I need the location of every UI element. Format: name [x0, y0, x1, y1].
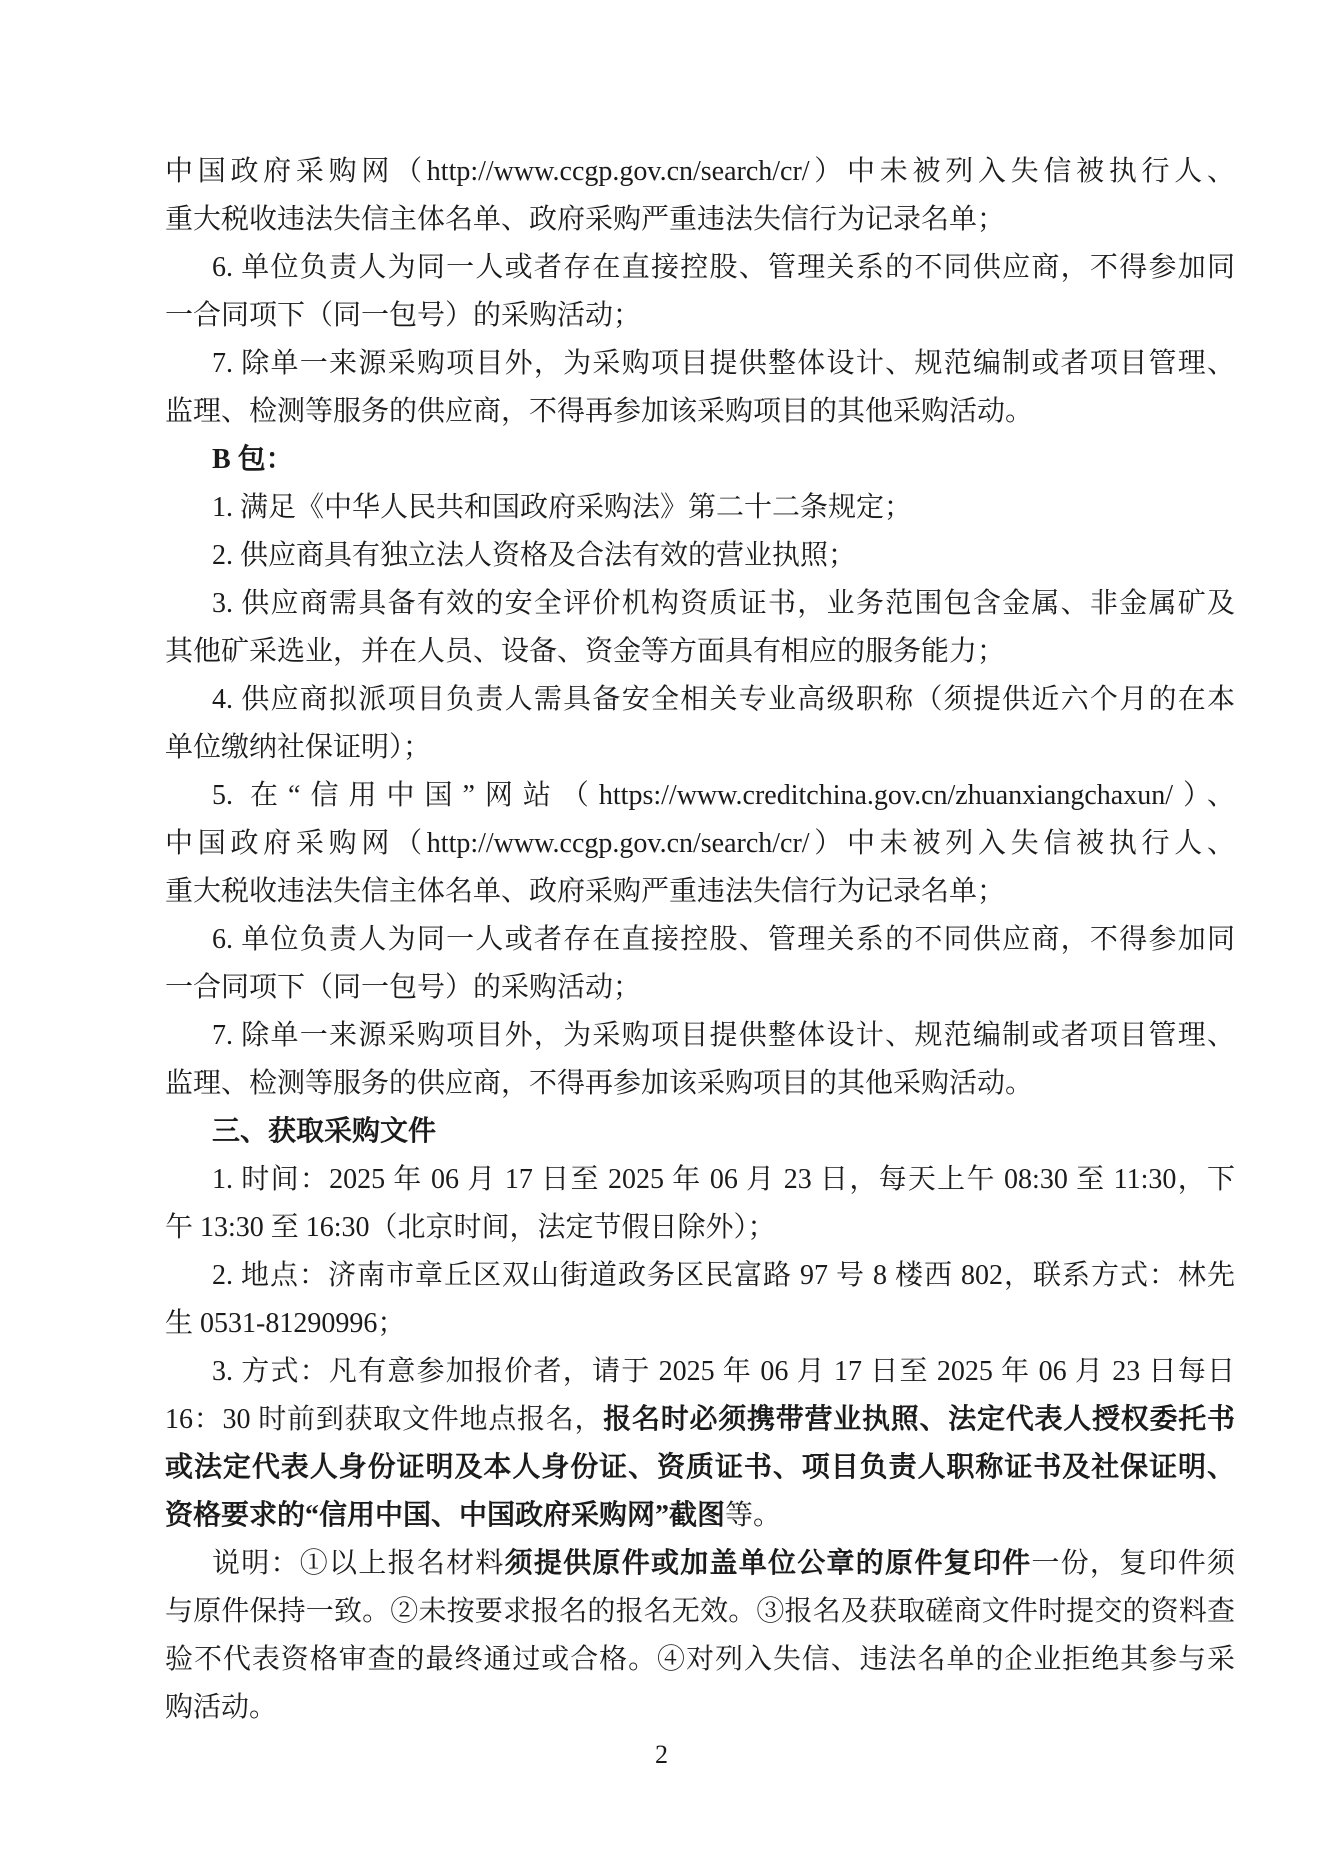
text-segment: 中国政府采购网（http://www.ccgp.gov.cn/search/cr…	[165, 828, 1235, 859]
line-b-item3-1: 3. 供应商需具备有效的安全评价机构资质证书，业务范围包含金属、非金属矿及	[165, 580, 1235, 628]
text-segment: 说明：①以上报名材料	[212, 1548, 505, 1579]
line-note-4: 购活动。	[165, 1684, 1235, 1732]
text-segment: 重大税收违法失信主体名单、政府采购严重违法失信行为记录名单；	[165, 876, 1005, 907]
text-segment: 7. 除单一来源采购项目外，为采购项目提供整体设计、规范编制或者项目管理、	[212, 1020, 1235, 1051]
line-b-item6-1: 6. 单位负责人为同一人或者存在直接控股、管理关系的不同供应商，不得参加同	[165, 916, 1235, 964]
bold-text-segment: 须提供原件或加盖单位公章的原件复印件	[505, 1548, 1032, 1579]
line-b-item3-2: 其他矿采选业，并在人员、设备、资金等方面具有相应的服务能力；	[165, 628, 1235, 676]
bold-text-segment: 报名时必须携带营业执照、法定代表人授权委托书	[603, 1404, 1235, 1435]
text-segment: 其他矿采选业，并在人员、设备、资金等方面具有相应的服务能力；	[165, 636, 1005, 667]
text-segment: 一合同项下（同一包号）的采购活动；	[165, 972, 641, 1003]
bold-text-segment: 或法定代表人身份证明及本人身份证、资质证书、项目负责人职称证书及社保证明、	[165, 1452, 1235, 1483]
document-body: 中国政府采购网（http://www.ccgp.gov.cn/search/cr…	[165, 148, 1235, 1732]
text-segment: 午 13:30 至 16:30（北京时间，法定节假日除外）；	[165, 1212, 776, 1243]
text-segment: 一合同项下（同一包号）的采购活动；	[165, 300, 641, 331]
text-segment: 1. 时间：2025 年 06 月 17 日至 2025 年 06 月 23 日…	[212, 1164, 1235, 1195]
line-b-item7-2: 监理、检测等服务的供应商，不得再参加该采购项目的其他采购活动。	[165, 1060, 1235, 1108]
line-a-item6-2: 一合同项下（同一包号）的采购活动；	[165, 292, 1235, 340]
line-note-2: 与原件保持一致。②未按要求报名的报名无效。③报名及获取磋商文件时提交的资料查	[165, 1588, 1235, 1636]
line-s3-method-4: 资格要求的“信用中国、中国政府采购网”截图等。	[165, 1492, 1235, 1540]
section-3-heading: 三、获取采购文件	[165, 1108, 1235, 1156]
section-b-heading: B 包：	[165, 436, 1235, 484]
line-s3-place-2: 生 0531-81290996；	[165, 1300, 1235, 1348]
text-segment: 与原件保持一致。②未按要求报名的报名无效。③报名及获取磋商文件时提交的资料查	[165, 1596, 1235, 1627]
text-segment: 重大税收违法失信主体名单、政府采购严重违法失信行为记录名单；	[165, 204, 1005, 235]
line-b-item4-2: 单位缴纳社保证明）；	[165, 724, 1235, 772]
text-segment: 验不代表资格审查的最终通过或合格。④对列入失信、违法名单的企业拒绝其参与采	[165, 1644, 1235, 1675]
line-b-item1: 1. 满足《中华人民共和国政府采购法》第二十二条规定；	[165, 484, 1235, 532]
text-segment: 6. 单位负责人为同一人或者存在直接控股、管理关系的不同供应商，不得参加同	[212, 924, 1235, 955]
text-segment: 5. 在“信用中国”网站（https://www.creditchina.gov…	[212, 780, 1235, 811]
line-tax-list-b: 重大税收违法失信主体名单、政府采购严重违法失信行为记录名单；	[165, 868, 1235, 916]
line-b-item6-2: 一合同项下（同一包号）的采购活动；	[165, 964, 1235, 1012]
line-a-item7-2: 监理、检测等服务的供应商，不得再参加该采购项目的其他采购活动。	[165, 388, 1235, 436]
text-segment: 单位缴纳社保证明）；	[165, 732, 431, 763]
line-s3-place-1: 2. 地点：济南市章丘区双山街道政务区民富路 97 号 8 楼西 802，联系方…	[165, 1252, 1235, 1300]
text-segment: 监理、检测等服务的供应商，不得再参加该采购项目的其他采购活动。	[165, 396, 1033, 427]
text-segment: 中国政府采购网（http://www.ccgp.gov.cn/search/cr…	[165, 156, 1235, 187]
line-s3-time-1: 1. 时间：2025 年 06 月 17 日至 2025 年 06 月 23 日…	[165, 1156, 1235, 1204]
text-segment: 购活动。	[165, 1692, 277, 1723]
page-number: 2	[0, 1740, 1323, 1770]
text-segment: 4. 供应商拟派项目负责人需具备安全相关专业高级职称（须提供近六个月的在本	[212, 684, 1235, 715]
document-page: 中国政府采购网（http://www.ccgp.gov.cn/search/cr…	[0, 0, 1323, 1871]
text-segment: 6. 单位负责人为同一人或者存在直接控股、管理关系的不同供应商，不得参加同	[212, 252, 1235, 283]
line-b-item7-1: 7. 除单一来源采购项目外，为采购项目提供整体设计、规范编制或者项目管理、	[165, 1012, 1235, 1060]
text-segment: 7. 除单一来源采购项目外，为采购项目提供整体设计、规范编制或者项目管理、	[212, 348, 1235, 379]
line-ccgp-url-a: 中国政府采购网（http://www.ccgp.gov.cn/search/cr…	[165, 148, 1235, 196]
line-s3-time-2: 午 13:30 至 16:30（北京时间，法定节假日除外）；	[165, 1204, 1235, 1252]
line-s3-method-2: 16：30 时前到获取文件地点报名，报名时必须携带营业执照、法定代表人授权委托书	[165, 1396, 1235, 1444]
line-a-item6-1: 6. 单位负责人为同一人或者存在直接控股、管理关系的不同供应商，不得参加同	[165, 244, 1235, 292]
text-segment: 3. 供应商需具备有效的安全评价机构资质证书，业务范围包含金属、非金属矿及	[212, 588, 1235, 619]
line-b-item2: 2. 供应商具有独立法人资格及合法有效的营业执照；	[165, 532, 1235, 580]
text-segment: 一份，复印件须	[1031, 1548, 1235, 1579]
line-s3-method-1: 3. 方式：凡有意参加报价者，请于 2025 年 06 月 17 日至 2025…	[165, 1348, 1235, 1396]
line-note-3: 验不代表资格审查的最终通过或合格。④对列入失信、违法名单的企业拒绝其参与采	[165, 1636, 1235, 1684]
line-a-item7-1: 7. 除单一来源采购项目外，为采购项目提供整体设计、规范编制或者项目管理、	[165, 340, 1235, 388]
bold-text-segment: B 包：	[212, 444, 294, 475]
text-segment: 2. 供应商具有独立法人资格及合法有效的营业执照；	[212, 540, 856, 571]
text-segment: 监理、检测等服务的供应商，不得再参加该采购项目的其他采购活动。	[165, 1068, 1033, 1099]
line-tax-list-a: 重大税收违法失信主体名单、政府采购严重违法失信行为记录名单；	[165, 196, 1235, 244]
line-s3-method-3: 或法定代表人身份证明及本人身份证、资质证书、项目负责人职称证书及社保证明、	[165, 1444, 1235, 1492]
text-segment: 生 0531-81290996；	[165, 1308, 405, 1339]
line-note-1: 说明：①以上报名材料须提供原件或加盖单位公章的原件复印件一份，复印件须	[165, 1540, 1235, 1588]
text-segment: 3. 方式：凡有意参加报价者，请于 2025 年 06 月 17 日至 2025…	[212, 1356, 1235, 1387]
line-b-item4-1: 4. 供应商拟派项目负责人需具备安全相关专业高级职称（须提供近六个月的在本	[165, 676, 1235, 724]
text-segment: 16：30 时前到获取文件地点报名，	[165, 1404, 603, 1435]
text-segment: 等。	[725, 1500, 781, 1531]
line-b-item5-1: 5. 在“信用中国”网站（https://www.creditchina.gov…	[165, 772, 1235, 820]
text-segment: 2. 地点：济南市章丘区双山街道政务区民富路 97 号 8 楼西 802，联系方…	[212, 1260, 1235, 1291]
text-segment: 1. 满足《中华人民共和国政府采购法》第二十二条规定；	[212, 492, 912, 523]
bold-text-segment: 三、获取采购文件	[212, 1116, 436, 1147]
line-ccgp-url-b: 中国政府采购网（http://www.ccgp.gov.cn/search/cr…	[165, 820, 1235, 868]
bold-text-segment: 资格要求的“信用中国、中国政府采购网”截图	[165, 1500, 725, 1531]
